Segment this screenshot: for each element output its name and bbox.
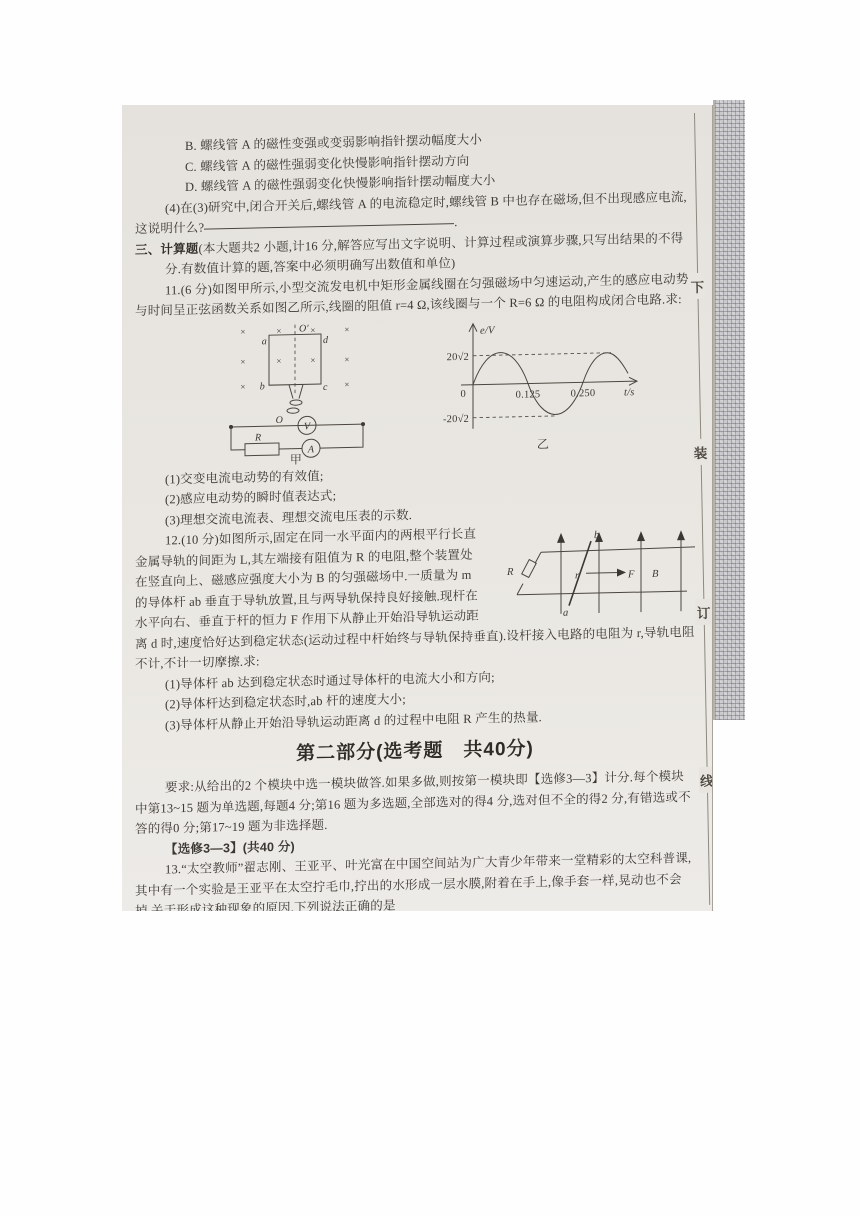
field-x-icon: × (310, 355, 315, 365)
rod-resistance-label: r (575, 570, 580, 581)
left-connector-lower (517, 584, 523, 595)
field-x-icon: × (276, 325, 281, 335)
binding-mark-xia: 下 (689, 273, 705, 299)
figure-yi-caption: 乙 (537, 437, 549, 451)
coil-corner-d: d (323, 334, 329, 345)
y-max-tick-label: 20√2 (447, 350, 469, 362)
field-x-icon: × (344, 324, 349, 334)
slip-ring (287, 407, 299, 412)
x-axis (461, 381, 637, 385)
answer-blank-line (204, 222, 454, 229)
q10-part4-tail: . (454, 215, 457, 229)
lead-wire (299, 384, 303, 398)
field-x-icon: × (310, 325, 315, 335)
field-x-icon: × (240, 356, 245, 366)
binding-mark-zhuang: 装 (692, 439, 708, 465)
y-min-tick-label: -20√2 (443, 412, 469, 425)
origin-label: 0 (461, 388, 466, 399)
axis-bottom-label: O (276, 414, 283, 425)
B-arrowhead-icon (637, 531, 645, 541)
field-x-icon: × (344, 354, 349, 364)
lead-wire (289, 384, 293, 398)
generator-circuit-diagram: O′ a d b c × × × × × × × × × (223, 320, 373, 465)
q13-stem: 13.“太空教师”翟志刚、王亚平、叶光富在中国空间站为广大青少年带来一堂精彩的太… (135, 848, 695, 911)
coil-corner-b: b (260, 381, 265, 392)
exam-paper-page: B. 螺线管 A 的磁性变强或变弱影响指针摆动幅度大小 C. 螺线管 A 的磁性… (122, 105, 713, 911)
field-x-icon: × (240, 381, 245, 391)
adjacent-page-edge-texture (713, 100, 745, 720)
t2-tick-label: 0.250 (571, 388, 596, 400)
ammeter-label: A (307, 444, 315, 455)
rod-end-b-label: b (594, 530, 599, 541)
emf-time-graph: e/V t/s 0 20√2 -20√2 0.125 0.250 乙 (431, 314, 646, 453)
field-x-icon: × (276, 355, 281, 365)
voltmeter-label: V (304, 421, 312, 432)
trough-dashed-guide (473, 415, 555, 417)
binding-mark-ding: 订 (695, 599, 711, 625)
B-arrowhead-icon (557, 533, 565, 543)
slip-rings-and-brushes (287, 384, 303, 413)
x-axis-label: t/s (624, 387, 635, 398)
slip-ring (290, 399, 302, 404)
main-wire (231, 424, 363, 427)
field-x-icon: × (240, 326, 245, 336)
coil-corner-a: a (262, 336, 267, 347)
q11-figures: O′ a d b c × × × × × × × × × (223, 313, 695, 465)
section3-label: 三、计算题 (135, 241, 199, 256)
t1-tick-label: 0.125 (516, 389, 541, 401)
page-content: B. 螺线管 A 的磁性变强或变弱影响指针摆动幅度大小 C. 螺线管 A 的磁性… (135, 105, 695, 911)
coil-corner-c: c (323, 381, 328, 392)
q12-block: R b a r F B 12.(10 分)如图所示,固定在同一水平面内的两根平行… (135, 519, 695, 736)
branch-wire-left (231, 426, 245, 449)
branch-wire-middle (279, 448, 302, 449)
top-rail (541, 547, 695, 552)
rod-end-a-label: a (563, 608, 568, 619)
resistor-label: R (254, 432, 261, 443)
part2-title: 第二部分(选考题 共40分) (135, 733, 695, 771)
force-label: F (627, 569, 635, 580)
B-arrowhead-icon (677, 530, 685, 540)
figure-jia-caption: 甲 (290, 452, 302, 466)
figure-rails: R b a r F B (489, 523, 695, 619)
figure-jia-generator-circuit: O′ a d b c × × × × × × × × × (223, 320, 373, 465)
left-connector-upper (535, 552, 541, 563)
resistor-R (245, 442, 279, 455)
bottom-rail (517, 591, 687, 595)
figure-yi-emf-graph: e/V t/s 0 20√2 -20√2 0.125 0.250 乙 (431, 314, 646, 453)
resistor-label: R (506, 567, 514, 578)
force-arrow (586, 573, 619, 574)
rails-diagram: R b a r F B (489, 523, 695, 619)
binding-mark-xian: 线 (699, 767, 713, 793)
branch-wire-right (320, 424, 363, 448)
screenshot-canvas: { "page": {"background": "#fefefe", "pap… (0, 0, 860, 1216)
field-x-icon: × (344, 379, 349, 389)
y-axis-label: e/V (480, 325, 496, 336)
axis-top-label: O′ (299, 323, 309, 334)
force-arrowhead-icon (617, 568, 626, 576)
field-label: B (652, 569, 659, 580)
resistor-R (522, 560, 537, 578)
